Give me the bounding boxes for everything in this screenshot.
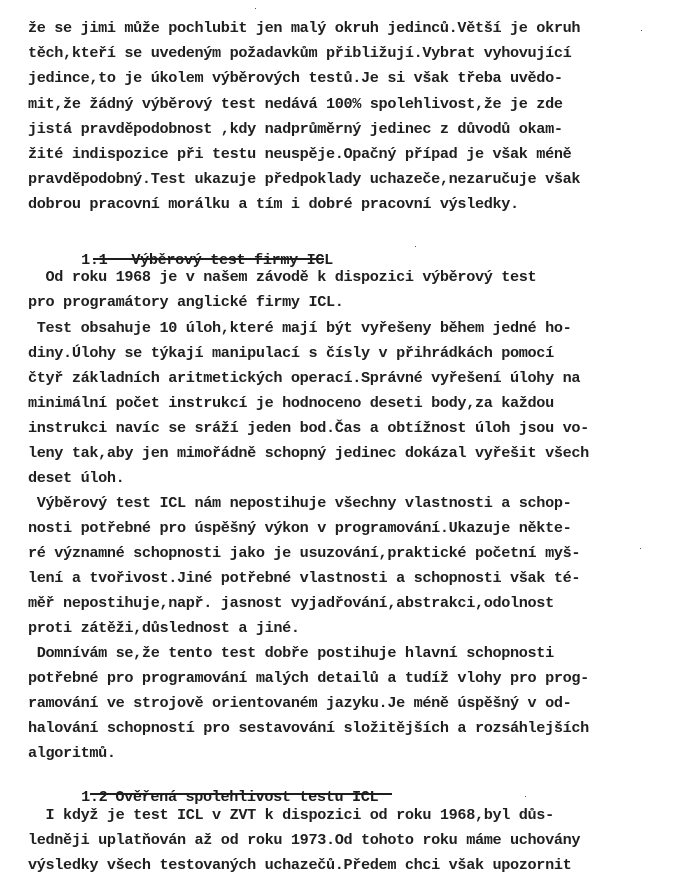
text-line: jedince,to je úkolem výběrových testů.Je… (28, 68, 563, 88)
section-number: 1.2 (81, 787, 107, 807)
text-line: Od roku 1968 je v našem závodě k dispozi… (28, 267, 536, 287)
text-line: žité indispozice při testu neuspěje.Opač… (28, 144, 571, 164)
text-line: pravděpodobný.Test ukazuje předpoklady u… (28, 169, 580, 189)
text-line: deset úloh. (28, 468, 124, 488)
scan-speck (255, 8, 256, 9)
text-line: instrukci navíc se sráží jeden bod.Čas a… (28, 418, 589, 438)
text-line: Test obsahuje 10 úloh,které mají být vyř… (28, 318, 571, 338)
text-line: lení a tvořivost.Jiné potřebné vlastnost… (28, 568, 580, 588)
text-line: že se jimi může pochlubit jen malý okruh… (28, 18, 580, 38)
text-line: algoritmů. (28, 743, 116, 763)
heading-underline (93, 258, 324, 260)
text-line: leny tak,aby jen mimořádně schopný jedin… (28, 443, 589, 463)
text-line: ledněji uplatňován až od roku 1973.Od to… (28, 830, 580, 850)
scan-speck (525, 796, 526, 797)
text-line: potřebné pro programování malých detailů… (28, 668, 589, 688)
scan-speck (640, 548, 641, 549)
section-title: Ověřená spolehlivost testu ICL (115, 788, 378, 806)
document-page: že se jimi může pochlubit jen malý okruh… (0, 0, 681, 892)
text-line: výsledky všech testovaných uchazečů.Před… (28, 855, 571, 875)
text-line: ré významné schopnosti jako je usuzování… (28, 543, 580, 563)
heading-underline (90, 793, 392, 795)
text-line: ramování ve strojově orientovaném jazyku… (28, 693, 571, 713)
text-line: čtyř základních aritmetických operací.Sp… (28, 368, 580, 388)
text-line: Domnívám se,že tento test dobře postihuj… (28, 643, 554, 663)
text-line: I když je test ICL v ZVT k dispozici od … (28, 805, 554, 825)
text-line: měř nepostihuje,např. jasnost vyjadřován… (28, 593, 554, 613)
text-line: těch,kteří se uvedeným požadavkům přibli… (28, 43, 571, 63)
text-line: Výběrový test ICL nám nepostihuje všechn… (28, 493, 571, 513)
text-line: pro programátory anglické firmy ICL. (28, 292, 344, 312)
text-line: dobrou pracovní morálku a tím i dobré pr… (28, 194, 519, 214)
text-line: proti zátěži,důslednost a jiné. (28, 618, 300, 638)
scan-speck (415, 246, 416, 247)
text-line: diny.Úlohy se týkají manipulací s čísly … (28, 343, 554, 363)
scan-speck (641, 30, 642, 31)
text-line: halování schopností pro sestavování slož… (28, 718, 589, 738)
text-line: minimální počet instrukcí je hodnoceno d… (28, 393, 554, 413)
text-line: jistá pravděpodobnost ,kdy nadprůměrný j… (28, 119, 563, 139)
text-line: mit,že žádný výběrový test nedává 100% s… (28, 94, 563, 114)
text-line: nosti potřebné pro úspěšný výkon v progr… (28, 518, 571, 538)
